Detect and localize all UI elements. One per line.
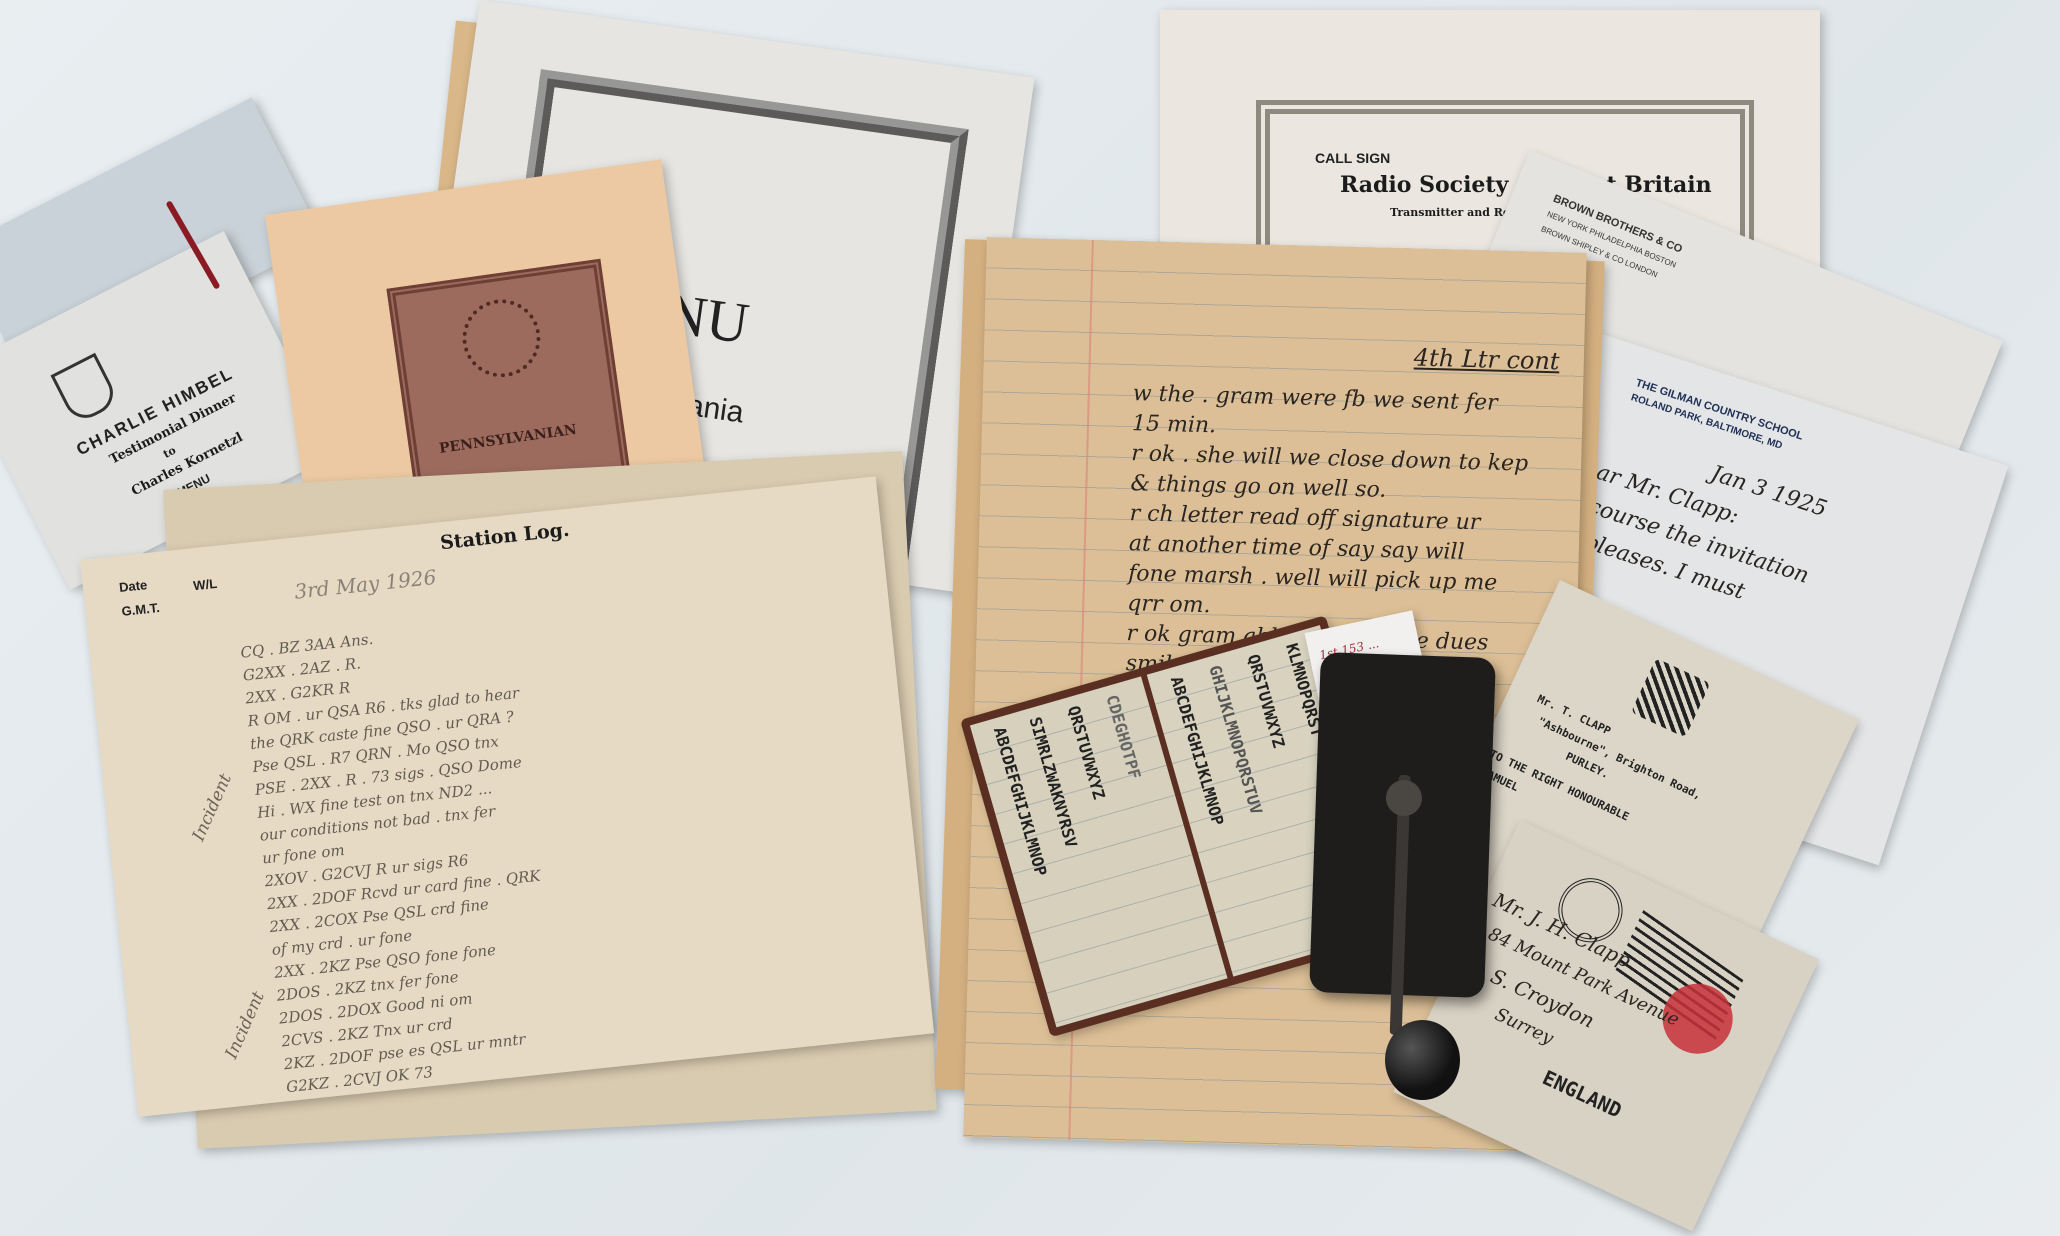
crest-icon xyxy=(50,353,120,426)
royal-crest-icon xyxy=(1631,658,1711,738)
telegraph-key-knob xyxy=(1385,1020,1460,1100)
testimonial-line-2: to xyxy=(161,444,178,461)
call-sign-label: CALL SIGN xyxy=(1315,150,1390,166)
letter-line: fone marsh . well will pick up me xyxy=(1128,561,1498,596)
log-col-gmt: G.M.T. xyxy=(121,600,161,619)
log-title: Station Log. xyxy=(439,519,570,554)
morse-left-col-3: QRSTUVWXYZ xyxy=(1064,704,1109,802)
key-pivot xyxy=(1385,779,1422,816)
emblem-medallion xyxy=(457,294,545,382)
log-margin-note-1: Incident xyxy=(189,771,236,844)
log-date-entry: 3rd May 1926 xyxy=(293,565,437,604)
letter-line: r ok . she will we close down to kep xyxy=(1131,441,1529,476)
log-col-date: Date xyxy=(118,577,148,595)
letter-line: w the . gram were fb we sent fer xyxy=(1133,381,1498,416)
letter-line: qrr om. xyxy=(1127,591,1211,618)
booklet-label: PENNSYLVANIAN xyxy=(438,422,578,457)
envelope-country: ENGLAND xyxy=(1539,1065,1626,1122)
log-margin-note-2: Incident xyxy=(222,989,269,1062)
letter-heading: 4th Ltr cont xyxy=(1414,344,1560,376)
station-log: Date G.M.T. W/L Station Log. 3rd May 192… xyxy=(80,476,934,1117)
telegraph-key xyxy=(1309,652,1496,998)
letter-line: r ch letter read off signature ur xyxy=(1129,501,1480,535)
log-entry: ur fone om xyxy=(261,841,345,868)
letter-line: 15 min. xyxy=(1132,411,1217,438)
letter-line: at another time of say say will xyxy=(1129,531,1465,565)
photo-scene: CALL SIGN Radio Society of Great Britain… xyxy=(0,0,2060,1236)
log-col-wl: W/L xyxy=(193,576,218,593)
morse-right-col-3: QRSTUVWXYZ xyxy=(1244,652,1289,750)
letter-line: & things go on well so. xyxy=(1130,471,1387,503)
morse-left-col-4: CDEGHOTPF xyxy=(1102,693,1144,782)
